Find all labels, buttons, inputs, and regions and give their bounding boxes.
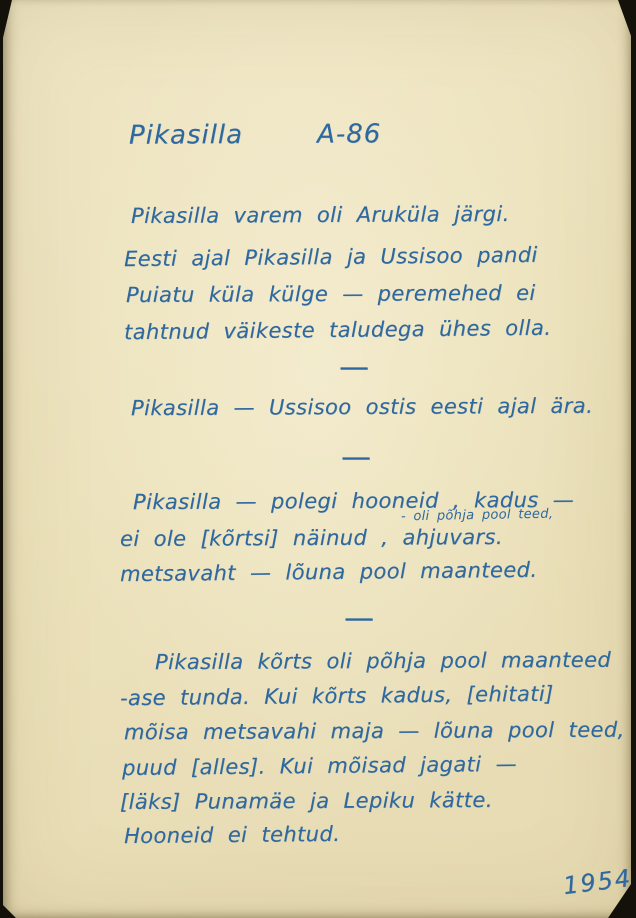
handwritten-line: ei ole [kõrtsi] näinud , ahjuvars. bbox=[120, 525, 503, 551]
archive-reference: A-86 bbox=[317, 119, 381, 149]
handwritten-line: -ase tunda. Kui kõrts kadus, [ehitati] bbox=[120, 682, 554, 711]
year-notation: 1954 bbox=[562, 864, 634, 900]
interlinear-annotation: - oli põhja pool teed, bbox=[401, 507, 554, 525]
handwritten-line: tahtnud väikeste taludega ühes olla. bbox=[124, 316, 551, 344]
section-divider-dash: — bbox=[344, 601, 374, 636]
handwritten-line: Puiatu küla külge — peremehed ei bbox=[126, 281, 536, 307]
handwritten-line: Pikasilla kõrts oli põhja pool maanteed bbox=[155, 648, 611, 674]
title-line: PikasillaA-86 bbox=[129, 119, 381, 150]
handwritten-line: Hooneid ei tehtud. bbox=[124, 822, 340, 848]
scanned-page-background: PikasillaA-86 Pikasilla varem oli Arukül… bbox=[0, 0, 636, 918]
handwritten-line: Pikasilla — Ussisoo ostis eesti ajal ära… bbox=[131, 394, 593, 420]
section-divider-dash: — bbox=[339, 350, 369, 385]
handwritten-line: Eesti ajal Pikasilla ja Ussisoo pandi bbox=[124, 243, 538, 271]
page-title: Pikasilla bbox=[129, 120, 243, 151]
paper-card: PikasillaA-86 Pikasilla varem oli Arukül… bbox=[3, 0, 631, 918]
handwritten-line: puud [alles]. Kui mõisad jagati — bbox=[122, 752, 517, 780]
handwritten-line: [läks] Punamäe ja Lepiku kätte. bbox=[120, 788, 493, 814]
section-divider-dash: — bbox=[341, 440, 371, 475]
handwritten-line: metsavaht — lõuna pool maanteed. bbox=[120, 558, 538, 586]
handwritten-line: Pikasilla varem oli Aruküla järgi. bbox=[131, 202, 510, 228]
handwritten-line: mõisa metsavahi maja — lõuna pool teed, bbox=[124, 718, 625, 745]
